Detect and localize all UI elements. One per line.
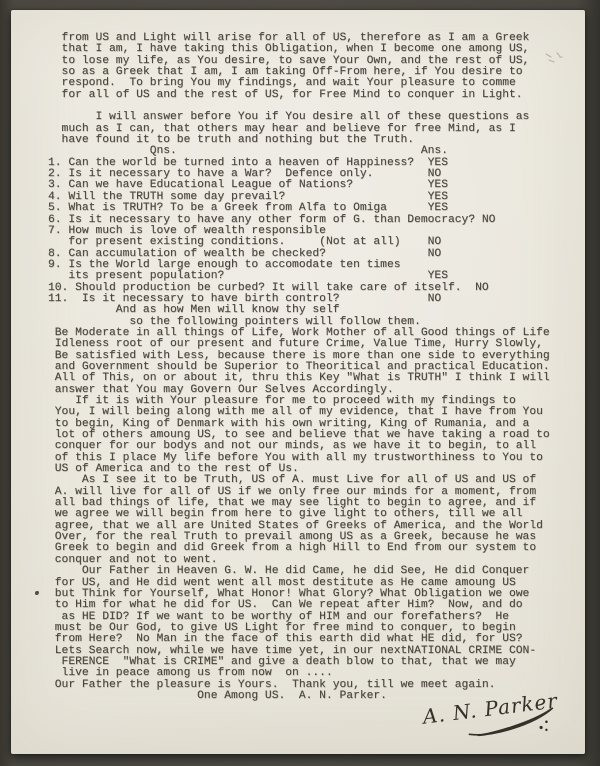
handwritten-signature: A. N. Parker [415, 683, 575, 749]
ink-speck [35, 591, 39, 595]
letter-text: from US and Light will arise for all of … [48, 33, 550, 702]
signature-ink-dot [539, 726, 543, 730]
pencil-mark [543, 50, 569, 68]
letter-page: from US and Light will arise for all of … [11, 10, 585, 754]
signature-text: A. N. Parker [419, 688, 559, 729]
signature-ink-dot [545, 729, 548, 732]
scanner-background: from US and Light will arise for all of … [0, 0, 600, 766]
signature-ink-dot [545, 720, 548, 723]
